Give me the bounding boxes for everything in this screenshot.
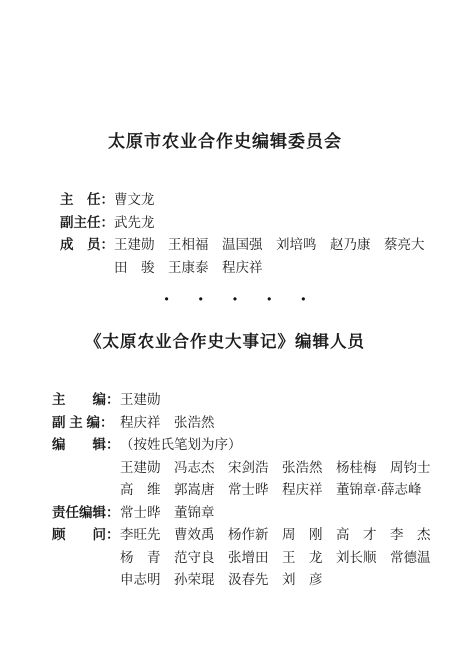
- names-text: 杨 青 范守良 张增田 王 龙 刘长顺 常德温: [120, 550, 431, 565]
- names-text: 高 维 郭嵩唐 常士晔 程庆祥 董锦章·薛志峰: [120, 482, 422, 497]
- editorial-row-advisors-3: 申志明 孙荣琨 汲春先 刘 彦: [52, 569, 450, 592]
- editorial-row-editors-2: 高 维 郭嵩唐 常士晔 程庆祥 董锦章·薛志峰: [52, 479, 450, 502]
- role-label: 顾 问：: [52, 524, 120, 547]
- editorial-row-deputy-editors: 副 主 编：程庆祥 张浩然: [52, 412, 450, 435]
- committee-row-director: 主 任：曹文龙: [60, 189, 450, 212]
- editorial-row-advisors-2: 杨 青 范守良 张增田 王 龙 刘长顺 常德温: [52, 547, 450, 570]
- role-label: 责任编辑：: [52, 502, 120, 525]
- names-text: 曹文龙: [114, 192, 155, 207]
- committee-section: 主 任：曹文龙 副主任：武先龙 成 员：王建勋 王相福 温国强 刘培鸣 赵乃康 …: [0, 189, 450, 279]
- names-text: （按姓氏笔划为序）: [120, 437, 242, 452]
- editorial-section: 主 编：王建勋 副 主 编：程庆祥 张浩然 编 辑：（按姓氏笔划为序） 王建勋 …: [0, 389, 450, 592]
- names-text: 王建勋: [120, 392, 161, 407]
- editorial-row-chief-editor: 主 编：王建勋: [52, 389, 450, 412]
- names-text: 田 骏 王康泰 程庆祥: [114, 260, 263, 275]
- committee-row-deputy-director: 副主任：武先龙: [60, 212, 450, 235]
- names-text: 王建勋 王相福 温国强 刘培鸣 赵乃康 蔡亮大: [114, 237, 425, 252]
- role-label: 主 编：: [52, 389, 120, 412]
- role-label: 成 员：: [60, 234, 114, 257]
- committee-row-members-cont: 田 骏 王康泰 程庆祥: [60, 257, 450, 280]
- editorial-row-responsible-editors: 责任编辑：常士晔 董锦章: [52, 502, 450, 525]
- role-label: 编 辑：: [52, 434, 120, 457]
- role-label: 副主任：: [60, 212, 114, 235]
- section-separator: • • • • •: [0, 288, 450, 310]
- editorial-row-editors-1: 王建勋 冯志杰 宋剑浩 张浩然 杨桂梅 周钧士: [52, 457, 450, 480]
- names-text: 申志明 孙荣琨 汲春先 刘 彦: [120, 572, 323, 587]
- editorial-row-editors-note: 编 辑：（按姓氏笔划为序）: [52, 434, 450, 457]
- editorial-row-advisors-1: 顾 问：李旺先 曹效禹 杨作新 周 刚 高 才 李 杰: [52, 524, 450, 547]
- role-label: 副 主 编：: [52, 412, 120, 435]
- scanned-book-page: 太原市农业合作史编辑委员会 主 任：曹文龙 副主任：武先龙 成 员：王建勋 王相…: [0, 0, 450, 657]
- names-text: 李旺先 曹效禹 杨作新 周 刚 高 才 李 杰: [120, 527, 431, 542]
- separator-dots: • • • • •: [164, 292, 307, 306]
- committee-title: 太原市农业合作史编辑委员会: [0, 0, 450, 153]
- role-label: 主 任：: [60, 189, 114, 212]
- committee-row-members: 成 员：王建勋 王相福 温国强 刘培鸣 赵乃康 蔡亮大: [60, 234, 450, 257]
- names-text: 王建勋 冯志杰 宋剑浩 张浩然 杨桂梅 周钧士: [120, 460, 431, 475]
- names-text: 武先龙: [114, 215, 155, 230]
- names-text: 程庆祥 张浩然: [120, 415, 215, 430]
- names-text: 常士晔 董锦章: [120, 505, 215, 520]
- editorial-title: 《太原农业合作史大事记》编辑人员: [0, 331, 450, 353]
